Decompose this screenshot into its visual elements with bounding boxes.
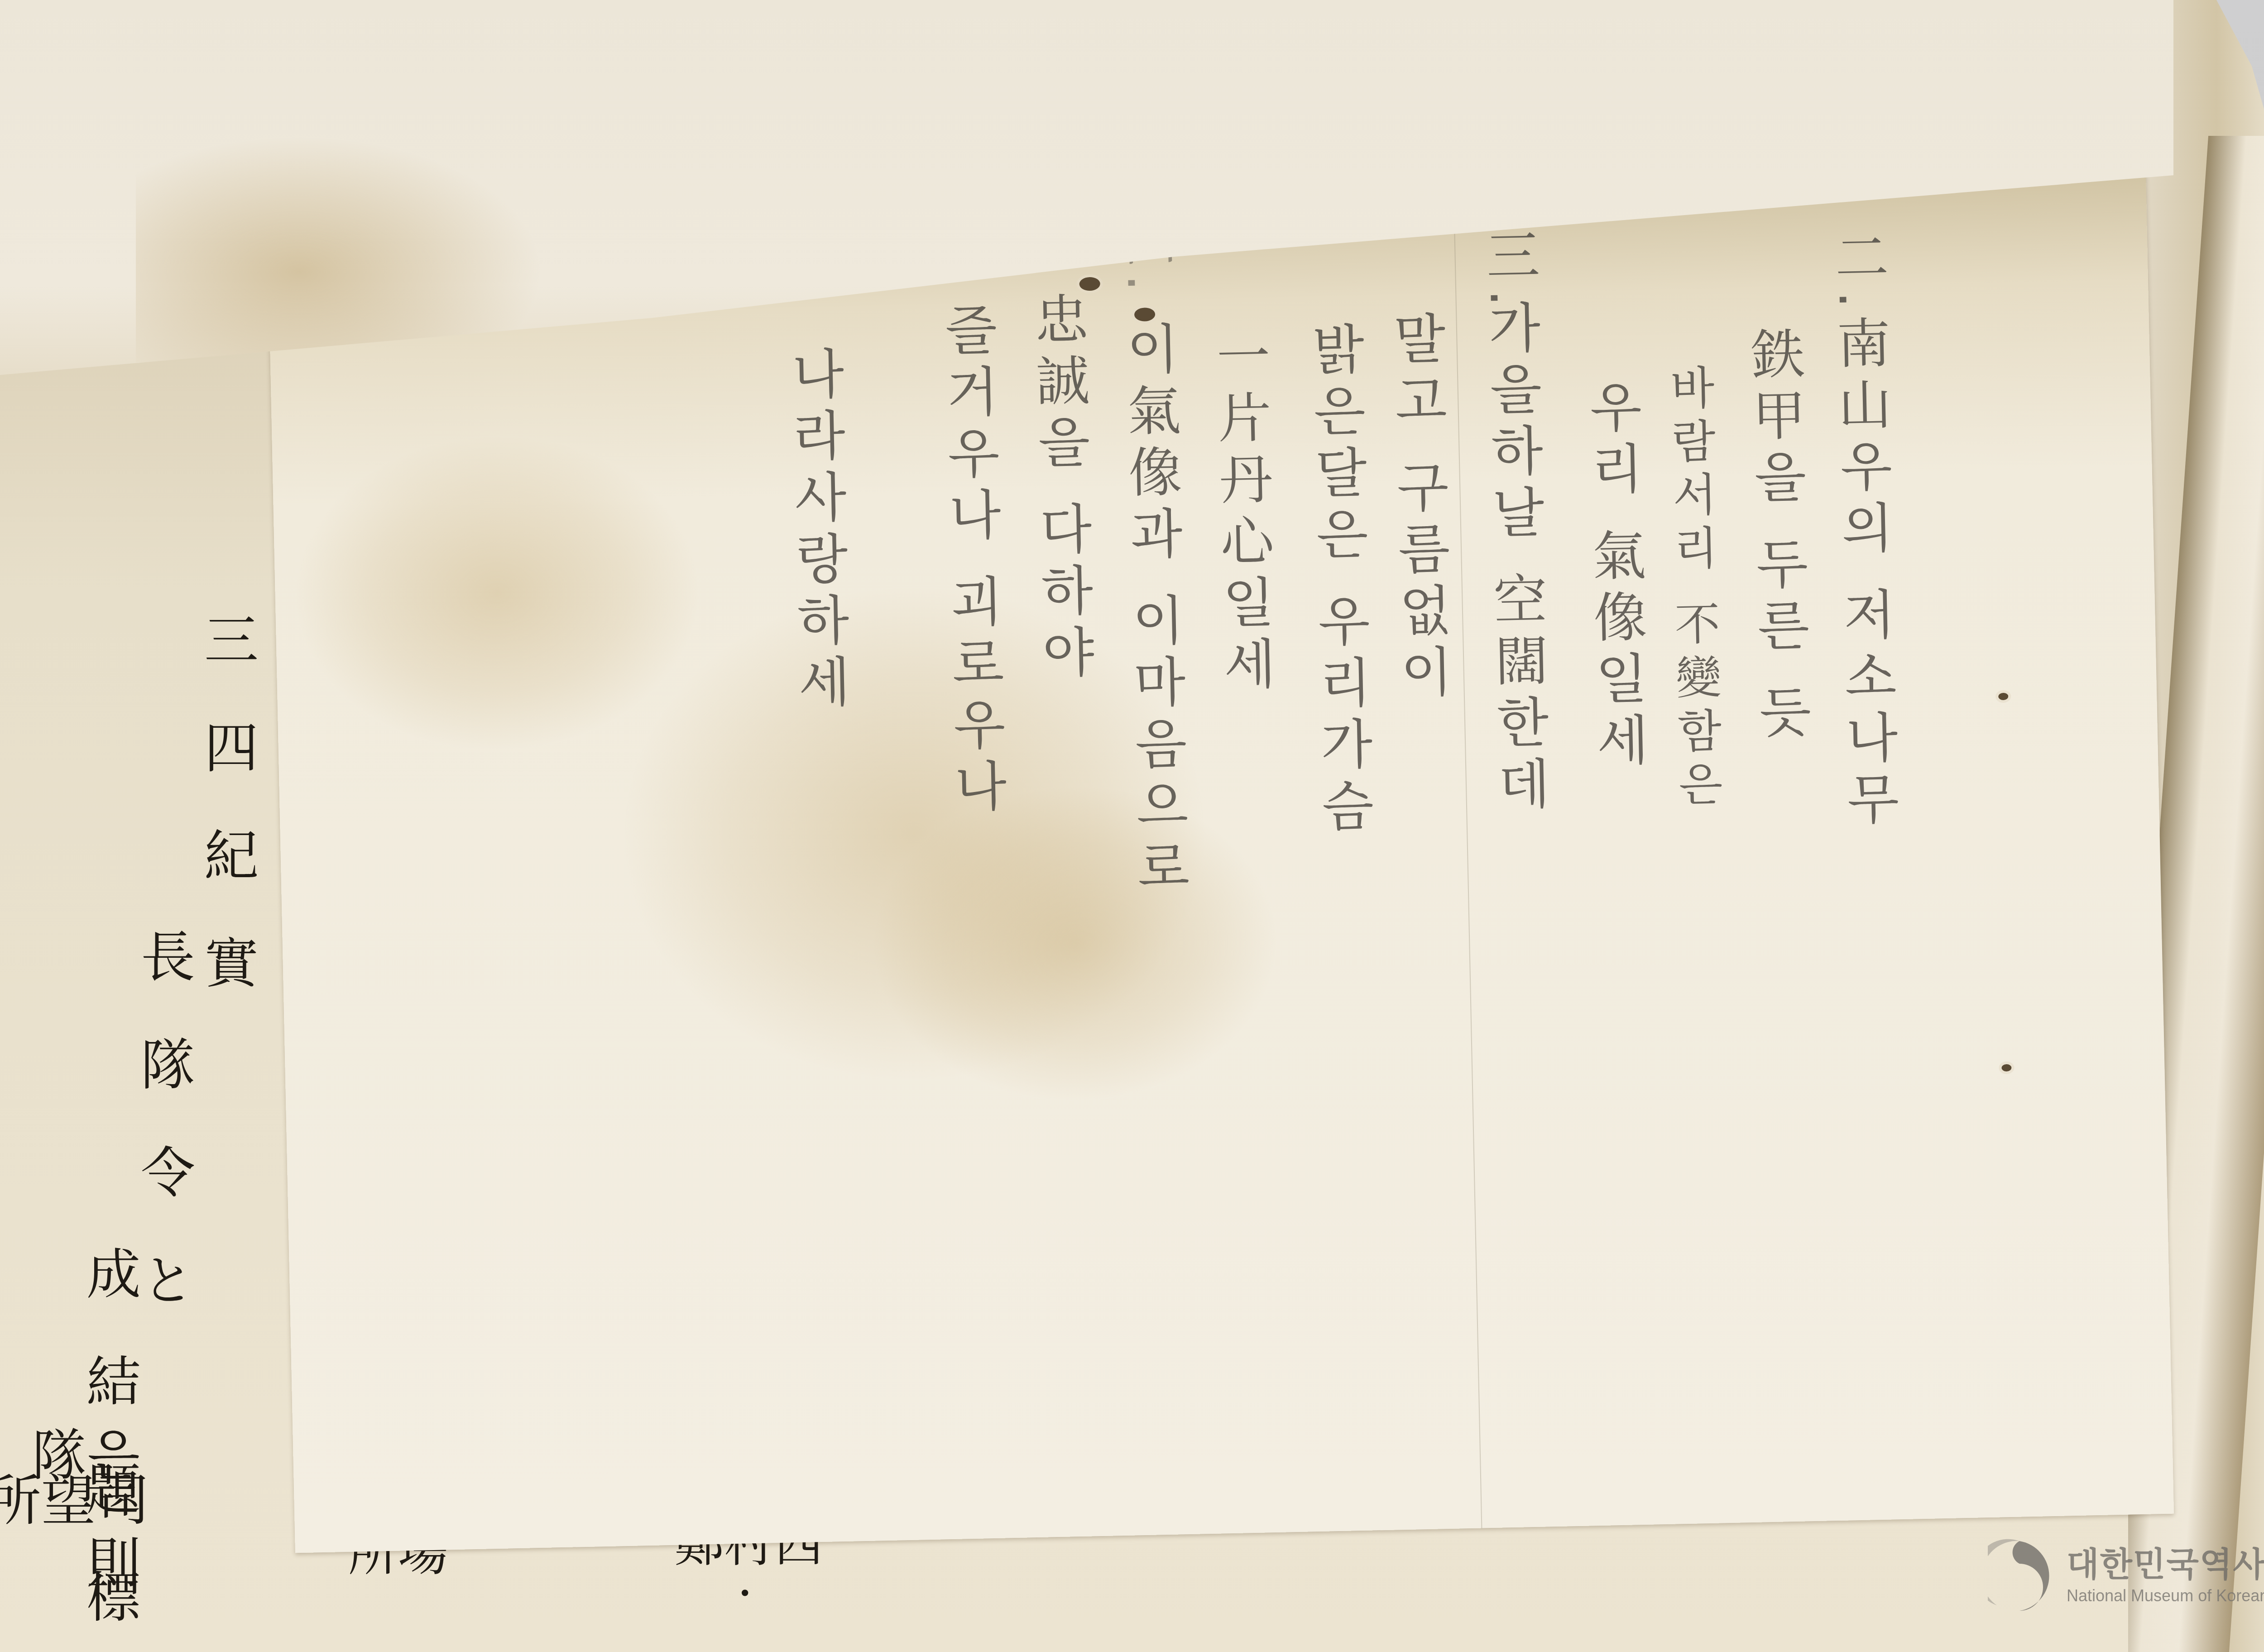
watermark-english-name: National Museum of Korean Contemporary H… [2067, 1588, 2264, 1604]
verse-line: 南山우의 저소나무 [1832, 315, 1896, 834]
taegeuk-swirl-icon [1988, 1537, 2051, 1614]
watermark-korean-name: 대한민국역사박물관 [2067, 1548, 2264, 1581]
document-photograph: 三 四 紀 實 長 隊 令 と 成 結 題 標 은 則 隊 司 望 所 場所 西… [0, 0, 2264, 1652]
verse-line: 즐거우나 괴로우나 [939, 302, 1003, 821]
fold-crease [1453, 188, 1482, 1528]
verse-line: 밝은달은 우리가슴 [1307, 322, 1371, 840]
printed-column: 長 隊 令 と [136, 928, 190, 1324]
binding-hole [1998, 693, 2008, 700]
verse-line: 忠誠을 다하야 [1030, 291, 1091, 687]
verse-line: 말고 구름없이 [1388, 311, 1449, 706]
verse-line: 鉄甲을 두른 듯 [1746, 326, 1808, 746]
museum-watermark: 대한민국역사박물관 National Museum of Korean Cont… [1988, 1537, 2264, 1614]
verse-numeral: 二. [1830, 229, 1885, 317]
verse-line: 一片丹心일세 [1212, 328, 1273, 698]
verse-line: 우리 氣像일세 [1584, 379, 1645, 775]
verse-line: 이氣像과 이마음으로 [1121, 321, 1186, 901]
printed-column: 司 望 所 [0, 1472, 145, 1652]
water-stain [290, 430, 704, 756]
printed-column: 三 四 紀 實 [199, 611, 254, 1007]
handwritten-sheet: 二. 南山우의 저소나무 鉄甲을 두른 듯 바람서리 不變함은 우리 氣像일세 … [267, 173, 2174, 1553]
water-stain [136, 136, 543, 362]
verse-line: 바람서리 不變함은 [1665, 364, 1720, 815]
binding-hole [2001, 1064, 2011, 1071]
verse-line: 나라사랑하세 [786, 346, 847, 716]
binding-hole [1134, 307, 1156, 322]
binding-hole [1079, 277, 1100, 291]
verse-line: 가을하날 空闊한데 [1483, 299, 1547, 818]
